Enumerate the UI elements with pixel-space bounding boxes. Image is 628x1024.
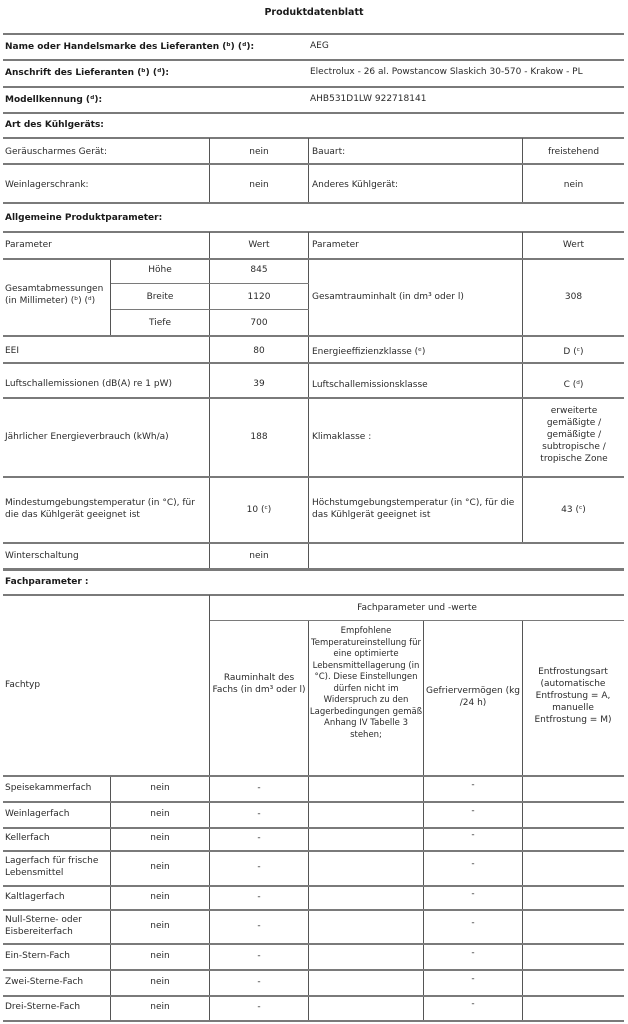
compartment-volume: - [210, 832, 308, 844]
divider [3, 137, 624, 139]
compartment-present: nein [111, 782, 209, 794]
compartment-volume: - [210, 891, 308, 903]
other-appliance-value: nein [523, 179, 624, 191]
divider [3, 112, 624, 114]
noise-value: 39 [210, 378, 308, 390]
low-noise-label: Geräuscharmes Gerät: [5, 146, 107, 158]
divider [3, 258, 624, 260]
compartment-present: nein [111, 920, 209, 932]
compartment-type: Drei-Sterne-Fach [5, 1001, 109, 1013]
design-type-label: Bauart: [312, 146, 345, 158]
divider [3, 969, 624, 971]
model-id-label: Modellkennung (ᵈ): [5, 94, 102, 106]
compartment-present: nein [111, 861, 209, 873]
supplier-name-value: AEG [310, 40, 329, 52]
compartment-present: nein [111, 950, 209, 962]
energy-class-value: D (ᶜ) [523, 346, 624, 358]
divider [3, 59, 624, 61]
compartment-freeze: - [424, 829, 522, 841]
compartment-freeze: - [424, 998, 522, 1010]
page-title: Produktdatenblatt [0, 7, 628, 18]
compartment-group-header: Fachparameter und -werte [210, 602, 624, 614]
col-header-parameter-2: Parameter [312, 239, 359, 251]
climate-class-label: Klimaklasse : [312, 431, 371, 443]
compartment-volume: - [210, 920, 308, 932]
compartment-type: Kaltlagerfach [5, 891, 109, 903]
divider [3, 568, 624, 571]
appliance-type-heading: Art des Kühlgeräts: [5, 119, 104, 131]
divider [3, 943, 624, 945]
divider [3, 827, 624, 829]
total-volume-label: Gesamtrauminhalt (in dm³ oder l) [312, 291, 464, 303]
noise-class-value: C (ᵈ) [523, 379, 624, 391]
low-noise-value: nein [210, 146, 308, 158]
divider [3, 995, 624, 997]
dim-height-value: 845 [210, 264, 308, 276]
compartment-freeze: - [424, 805, 522, 817]
climate-class-value: erweiterte gemäßigte / gemäßigte / subtr… [535, 405, 613, 465]
other-appliance-label: Anderes Kühlgerät: [312, 179, 398, 191]
compartment-type: Ein-Stern-Fach [5, 950, 109, 962]
compartment-volume: - [210, 782, 308, 794]
supplier-name-label: Name oder Handelsmarke des Lieferanten (… [5, 41, 254, 53]
divider [3, 775, 624, 777]
divider [3, 33, 624, 35]
divider [3, 86, 624, 88]
compartment-present: nein [111, 891, 209, 903]
divider [3, 397, 624, 399]
annual-energy-label: Jährlicher Energieverbrauch (kWh/a) [5, 431, 169, 443]
compartment-type: Speisekammerfach [5, 782, 109, 794]
compartment-volume: - [210, 861, 308, 873]
noise-label: Luftschallemissionen (dB(A) re 1 pW) [5, 378, 172, 390]
col-header-type: Fachtyp [5, 679, 40, 691]
compartment-present: nein [111, 808, 209, 820]
compartment-type: Lagerfach für frische Lebensmittel [5, 855, 109, 879]
compartments-heading: Fachparameter : [5, 576, 89, 588]
divider [3, 163, 624, 165]
col-header-defrost: Entfrostungsart (automatische Entfrostun… [527, 666, 619, 726]
winter-switch-value: nein [210, 550, 308, 562]
dim-depth-label: Tiefe [111, 317, 209, 329]
total-volume-value: 308 [523, 291, 624, 303]
compartment-present: nein [111, 1001, 209, 1013]
winter-switch-label: Winterschaltung [5, 550, 79, 562]
general-params-heading: Allgemeine Produktparameter: [5, 212, 162, 224]
divider [3, 202, 624, 204]
noise-class-label: Luftschallemissionsklasse [312, 379, 428, 391]
model-id-value: AHB531D1LW 922718141 [310, 93, 426, 105]
compartment-volume: - [210, 1001, 308, 1013]
dimensions-label: Gesamtabmessungen (in Millimeter) (ᵇ) (ᵈ… [5, 283, 109, 307]
supplier-address-value: Electrolux - 26 al. Powstancow Slaskich … [310, 66, 583, 78]
annual-energy-value: 188 [210, 431, 308, 443]
compartment-volume: - [210, 976, 308, 988]
supplier-address-label: Anschrift des Lieferanten (ᵇ) (ᵈ): [5, 67, 169, 79]
col-header-temp: Empfohlene Temperatureinstellung für ein… [309, 626, 423, 741]
divider [3, 909, 624, 911]
compartment-freeze: - [424, 917, 522, 929]
wine-cabinet-label: Weinlagerschrank: [5, 179, 89, 191]
compartment-type: Zwei-Sterne-Fach [5, 976, 109, 988]
compartment-volume: - [210, 950, 308, 962]
divider [3, 362, 624, 364]
compartment-freeze: - [424, 888, 522, 900]
compartment-type: Weinlagerfach [5, 808, 109, 820]
divider [3, 1020, 624, 1022]
divider [3, 801, 624, 803]
min-temp-label: Mindestumgebungstemperatur (in °C), für … [5, 497, 205, 521]
design-type-value: freistehend [523, 146, 624, 158]
col-header-freeze: Gefriervermögen (kg /24 h) [424, 685, 522, 709]
divider [3, 542, 624, 544]
compartment-freeze: - [424, 947, 522, 959]
eei-value: 80 [210, 345, 308, 357]
compartment-freeze: - [424, 779, 522, 791]
col-header-value: Wert [210, 239, 308, 251]
max-temp-value: 43 (ᶜ) [523, 504, 624, 516]
divider [3, 476, 624, 478]
compartment-volume: - [210, 808, 308, 820]
compartment-present: nein [111, 832, 209, 844]
dim-depth-value: 700 [210, 317, 308, 329]
eei-label: EEI [5, 345, 19, 357]
col-header-volume: Rauminhalt des Fachs (in dm³ oder l) [210, 672, 308, 696]
divider [3, 885, 624, 887]
compartment-freeze: - [424, 973, 522, 985]
compartment-present: nein [111, 976, 209, 988]
wine-cabinet-value: nein [210, 179, 308, 191]
max-temp-label: Höchstumgebungstemperatur (in °C), für d… [312, 497, 517, 521]
compartment-type: Kellerfach [5, 832, 109, 844]
dim-height-label: Höhe [111, 264, 209, 276]
col-header-parameter: Parameter [5, 239, 52, 251]
col-header-value-2: Wert [523, 239, 624, 251]
dim-width-value: 1120 [210, 291, 308, 303]
divider [3, 850, 624, 852]
compartment-freeze: - [424, 858, 522, 870]
compartment-type: Null-Sterne- oder Eisbereiterfach [5, 914, 109, 938]
min-temp-value: 10 (ᶜ) [210, 504, 308, 516]
dim-width-label: Breite [111, 291, 209, 303]
divider [3, 335, 624, 337]
divider [3, 594, 624, 596]
divider [3, 231, 624, 233]
energy-class-label: Energieeffizienzklasse (ᵉ) [312, 346, 425, 358]
